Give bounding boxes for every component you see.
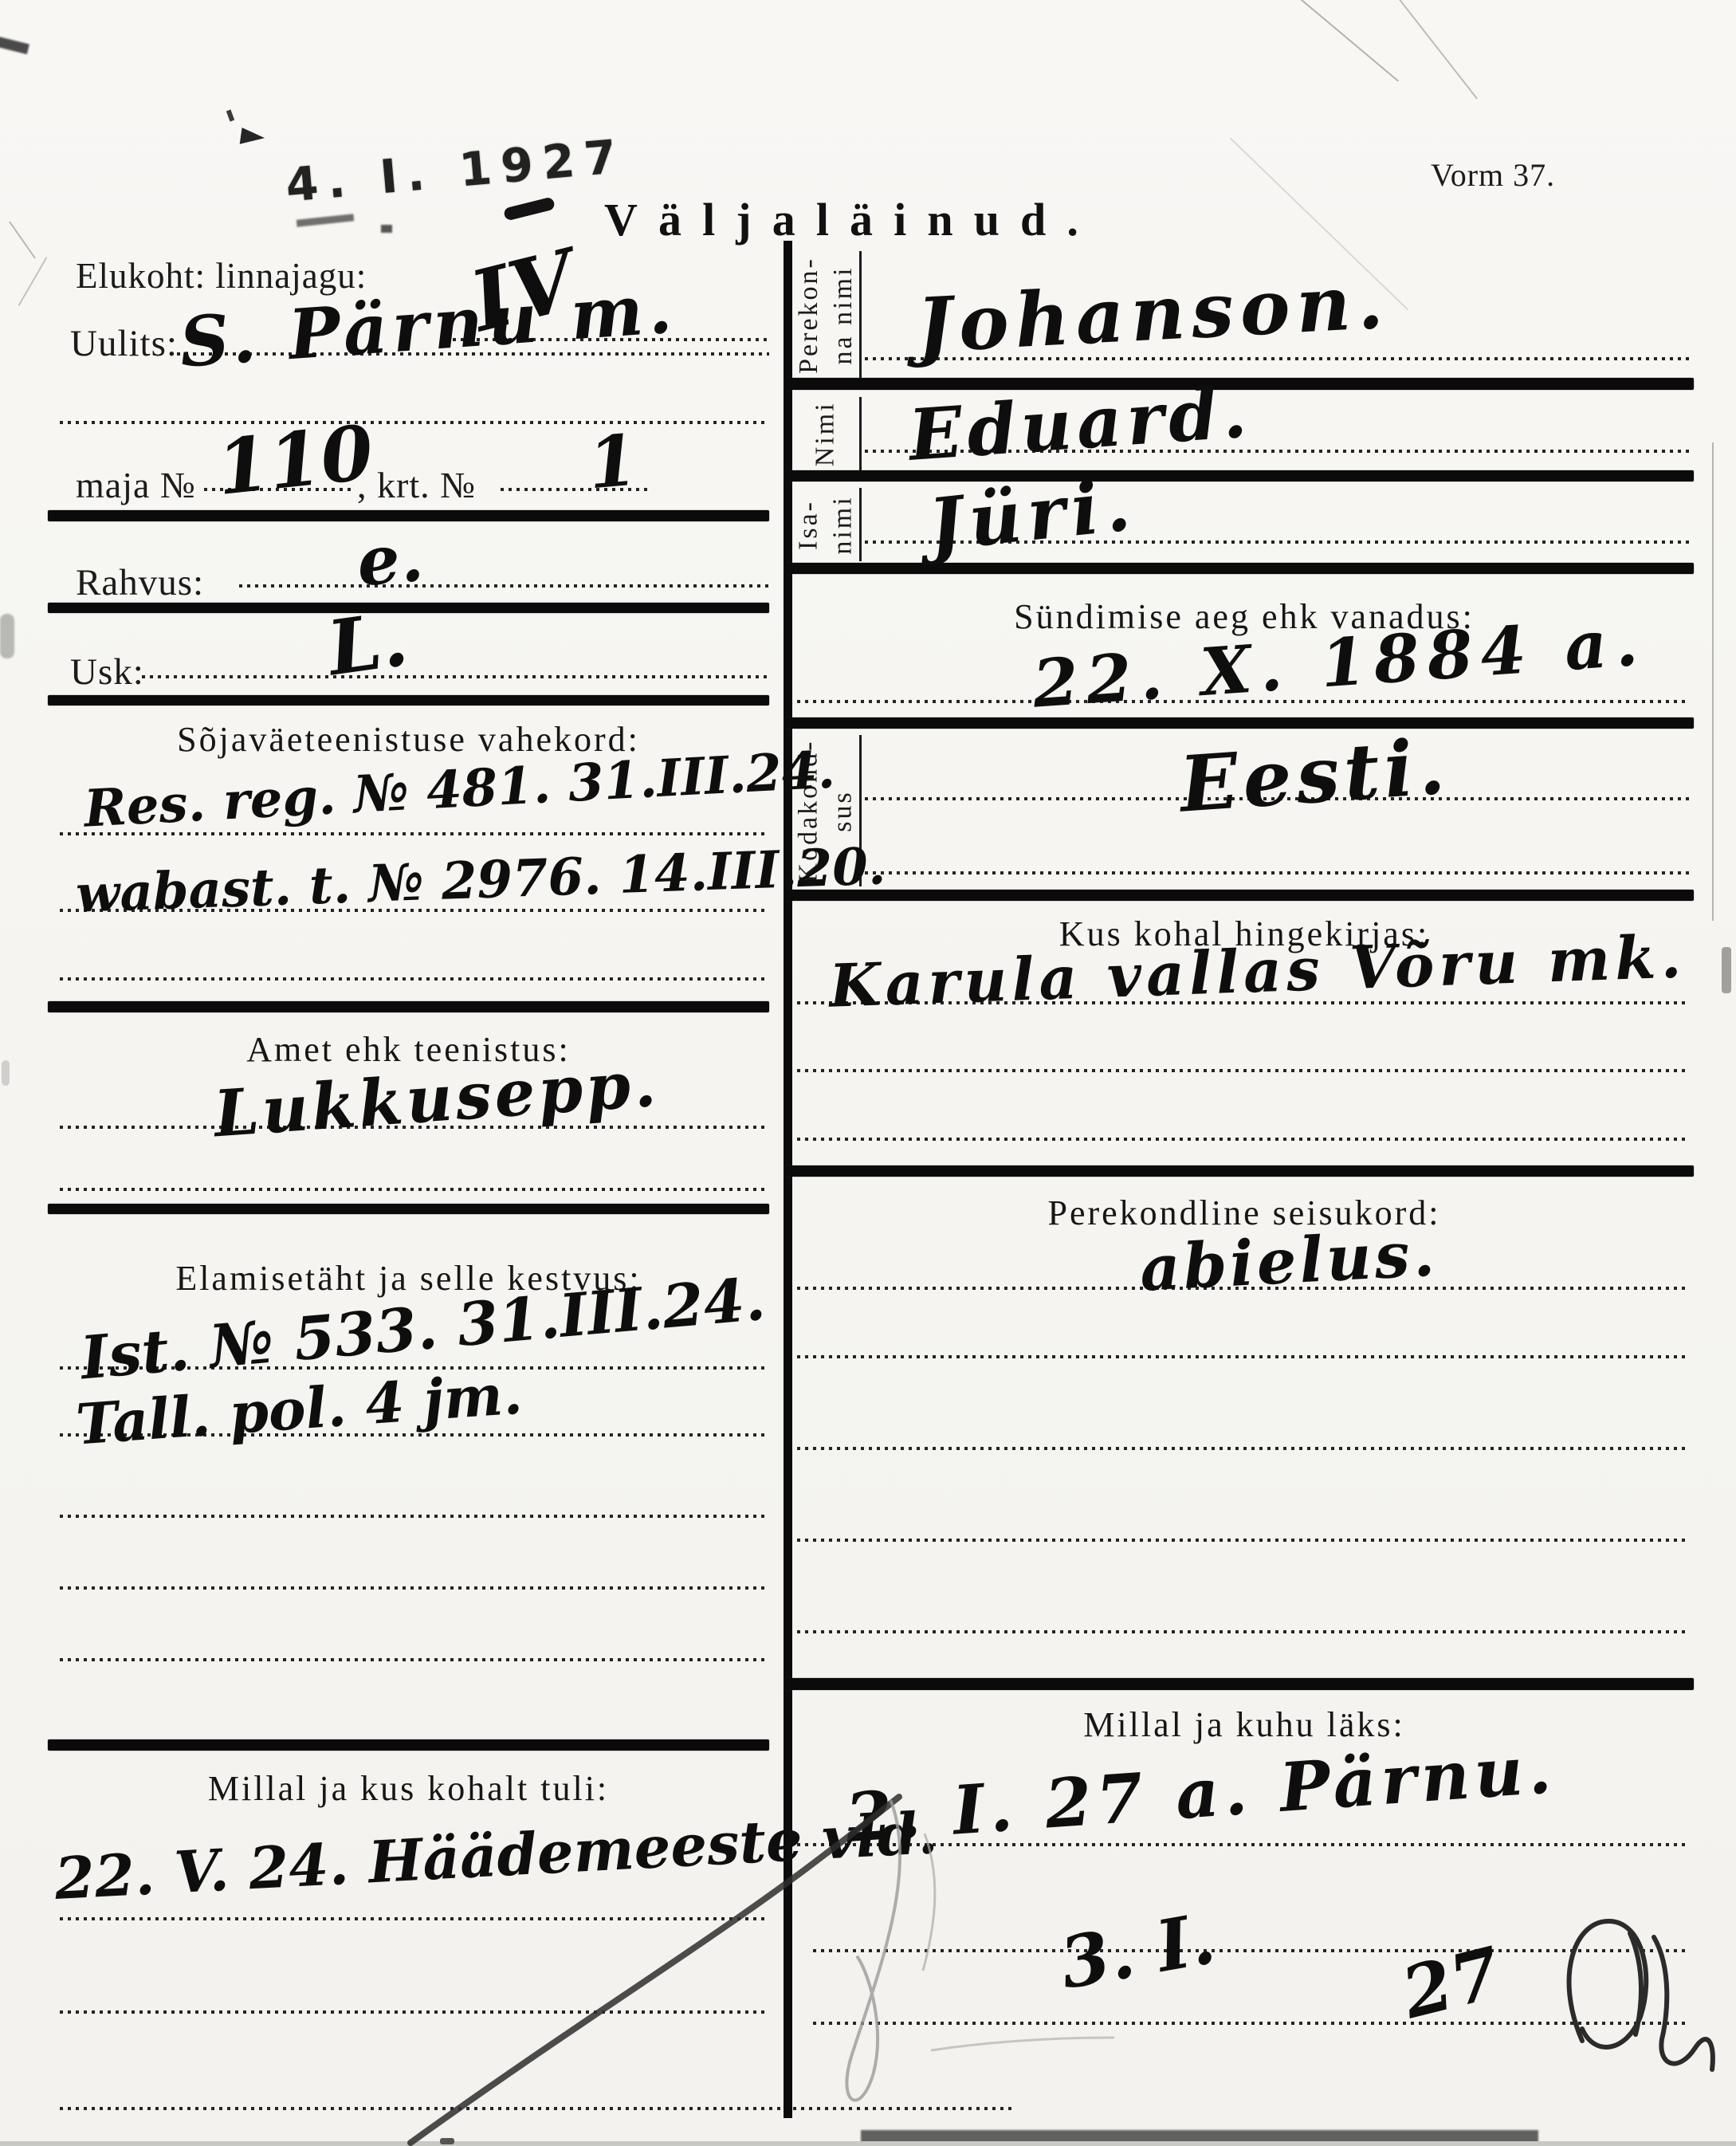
religion-label: Usk:: [70, 654, 144, 691]
section-divider-line: [48, 1739, 769, 1751]
ink-dash: [503, 196, 556, 221]
dotted-writing-line: [60, 977, 769, 981]
dotted-writing-line: [797, 1539, 1690, 1542]
ink-underline-mark: [931, 2038, 1114, 2050]
signature-flourish: [1569, 1921, 1647, 2047]
patronym-label-box: Isa- nimi: [792, 488, 862, 561]
dotted-writing-line: [865, 871, 1690, 875]
dotted-writing-line: [60, 2010, 769, 2014]
apartment-number-handwritten: 1: [586, 428, 640, 495]
scan-crease: [9, 221, 36, 258]
surname-label: Perekon- na nimi: [792, 257, 860, 374]
section-divider-line: [785, 1165, 1694, 1177]
dotted-writing-line: [60, 1658, 769, 1661]
dotted-writing-line: [142, 675, 769, 678]
date-stamp: 4. I. 1927: [284, 128, 628, 212]
dotted-writing-line: [60, 421, 769, 424]
scan-smudge: [440, 2138, 454, 2144]
dotted-writing-line: [797, 1447, 1690, 1450]
house-number-label: maja №: [76, 467, 196, 504]
military-line2-handwritten: wabast. t. № 2976. 14.III.20.: [75, 843, 886, 918]
scan-scratch: [1263, 0, 1399, 81]
dotted-writing-line: [60, 1188, 769, 1191]
house-number-handwritten: 110: [214, 419, 376, 503]
section-divider-line: [48, 695, 769, 706]
patronym-label: Isa- nimi: [792, 495, 860, 554]
section-divider-line: [785, 890, 1694, 901]
marital-heading: Perekondline seisukord:: [797, 1196, 1691, 1231]
scan-smudge: [0, 614, 14, 658]
scanned-registration-card: 4. I. 1927 IV Väljaläinud. Vorm 37. Eluk…: [0, 0, 1736, 2146]
citizenship-handwritten: Eesti.: [1177, 732, 1451, 819]
surname-handwritten: Johanson.: [915, 269, 1391, 361]
residence-label: Elukoht: linnajagu:: [76, 258, 367, 294]
nationality-label: Rahvus:: [76, 564, 204, 602]
clearance-day-handwritten: 3. I.: [1056, 1907, 1220, 1996]
arrival-heading: Millal ja kus kohalt tuli:: [48, 1771, 769, 1806]
arrival-handwritten: 22. V. 24. Häädemeeste vld.: [53, 1807, 938, 1905]
dotted-writing-line: [60, 2107, 1012, 2110]
stamp-arrow-mark: [240, 128, 266, 147]
surname-label-box: Perekon- na nimi: [792, 251, 862, 379]
marital-handwritten: abielus.: [1138, 1226, 1439, 1298]
dotted-writing-line: [60, 1917, 769, 1920]
dotted-writing-line: [797, 1069, 1690, 1072]
dotted-writing-line: [60, 1515, 769, 1518]
departure-heading: Millal ja kuhu läks:: [797, 1708, 1691, 1743]
scanner-bar: [861, 2130, 1538, 2143]
section-divider-line: [785, 717, 1694, 729]
dotted-writing-line: [797, 1355, 1690, 1358]
religion-handwritten: L.: [324, 606, 412, 684]
nationality-handwritten: e.: [355, 527, 426, 593]
paper-edge-mark: [1722, 947, 1731, 993]
section-divider-line: [48, 603, 769, 613]
section-divider-line: [48, 1204, 769, 1214]
firstname-label-box: Nimi: [792, 397, 862, 470]
section-divider-line: [785, 1678, 1694, 1690]
form-number: Vorm 37.: [1431, 159, 1555, 191]
dotted-writing-line: [60, 1586, 769, 1590]
firstname-handwritten: Eduard.: [907, 380, 1254, 467]
stamp-smudge: [381, 225, 392, 233]
stamp-ink-dot: [226, 109, 234, 121]
scan-scratch: [1398, 0, 1478, 100]
section-divider-line: [785, 563, 1694, 574]
dotted-writing-line: [813, 1949, 1690, 1952]
patronym-handwritten: Jüri.: [925, 473, 1139, 559]
dotted-writing-line: [813, 2022, 1690, 2025]
page-title: Väljaläinud.: [604, 193, 1099, 246]
scan-crease: [18, 257, 48, 306]
stamp-smudge: [297, 214, 355, 226]
departure-handwritten: 2. I. 27 a. Pärnu.: [843, 1739, 1557, 1849]
paper-edge-line: [1712, 442, 1714, 921]
street-label: Uulits:: [70, 325, 178, 363]
firstname-label: Nimi: [809, 401, 843, 466]
signature-flourish: [1654, 1937, 1713, 2069]
military-line1-handwritten: Res. reg. № 481. 31.III.24.: [83, 747, 836, 832]
section-divider-line: [48, 1001, 769, 1012]
scanner-strip: [0, 2141, 1736, 2146]
scan-smudge: [0, 36, 29, 54]
dotted-writing-line: [797, 1138, 1690, 1141]
clearance-year-handwritten: 27: [1396, 1940, 1506, 2025]
dotted-writing-line: [239, 584, 769, 588]
scan-smudge: [2, 1060, 10, 1086]
dotted-writing-line: [797, 1630, 1690, 1633]
